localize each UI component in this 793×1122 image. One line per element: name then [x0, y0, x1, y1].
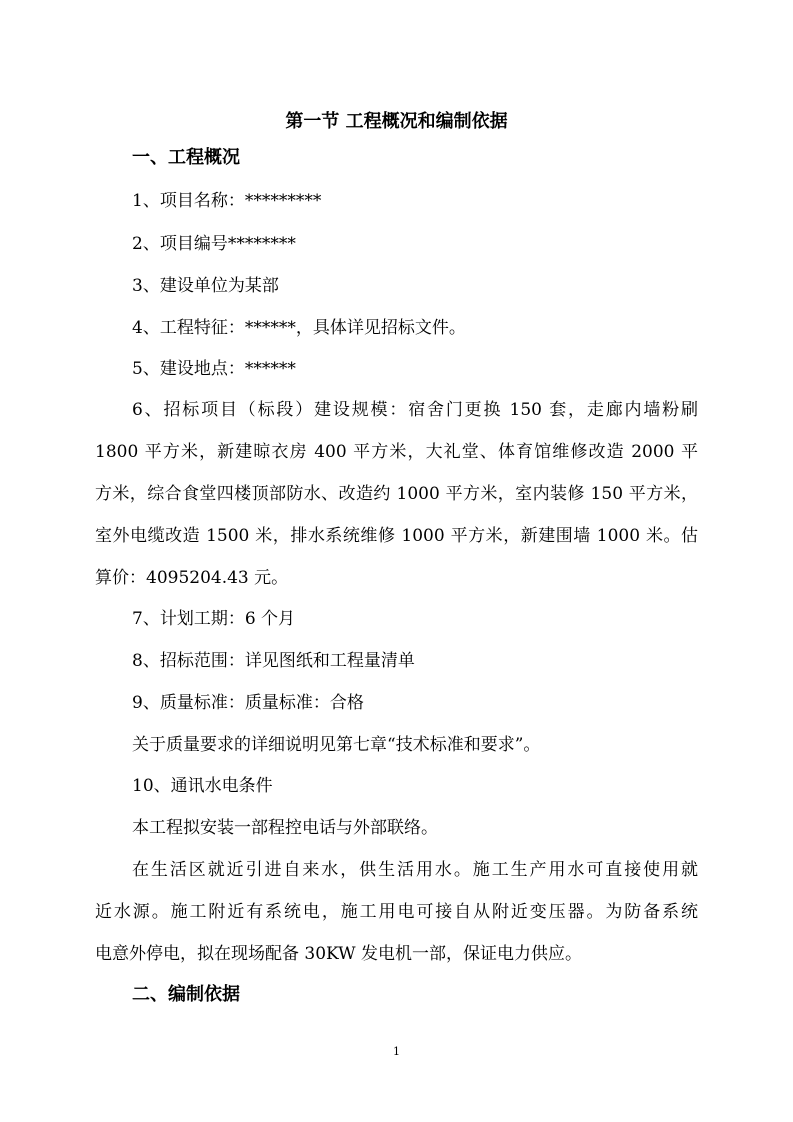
section-title: 第一节 工程概况和编制依据 — [0, 107, 793, 133]
item6-line-3: 方米，综合食堂四楼顶部防水、改造约 1000 平方米，室内装修 150 平方米， — [95, 484, 698, 504]
item6-line-1: 6、招标项目（标段）建设规模：宿舍门更换 150 套，走廊内墙粉刷 — [132, 400, 698, 420]
water-power-line-2: 近水源。施工附近有系统电，施工用电可接自从附近变压器。为防备系统 — [95, 902, 698, 922]
item-schedule: 7、计划工期：6 个月 — [132, 609, 295, 629]
item-construction-site: 5、建设地点：****** — [132, 359, 296, 379]
item-construction-unit: 3、建设单位为某部 — [132, 276, 279, 296]
item6-line-2: 1800 平方米，新建晾衣房 400 平方米，大礼堂、体育馆维修改造 2000 … — [95, 442, 698, 462]
item-project-name: 1、项目名称：********* — [132, 191, 321, 211]
heading-compilation-basis: 二、编制依据 — [132, 985, 240, 1005]
item-bid-scope: 8、招标范围：详见图纸和工程量清单 — [132, 651, 415, 671]
item-project-number: 2、项目编号******** — [132, 234, 296, 254]
quality-requirement-note: 关于质量要求的详细说明见第七章“技术标准和要求”。 — [132, 735, 540, 755]
item-utilities: 10、通讯水电条件 — [132, 776, 273, 796]
water-power-line-3: 电意外停电，拟在现场配备 30KW 发电机一部，保证电力供应。 — [95, 944, 582, 964]
heading-project-overview: 一、工程概况 — [132, 148, 240, 168]
telephone-note: 本工程拟安装一部程控电话与外部联络。 — [132, 818, 438, 838]
item6-line-5: 算价：4095204.43 元。 — [95, 568, 288, 588]
item-quality-standard: 9、质量标准：质量标准：合格 — [132, 693, 364, 713]
item-project-features: 4、工程特征：******，具体详见招标文件。 — [132, 318, 466, 338]
water-power-line-1: 在生活区就近引进自来水，供生活用水。施工生产用水可直接使用就 — [132, 860, 698, 880]
item6-line-4: 室外电缆改造 1500 米，排水系统维修 1000 平方米，新建围墙 1000 … — [95, 526, 698, 546]
document-page: 第一节 工程概况和编制依据 一、工程概况 1、项目名称：********* 2、… — [0, 0, 793, 1122]
page-number: 1 — [0, 1045, 793, 1058]
